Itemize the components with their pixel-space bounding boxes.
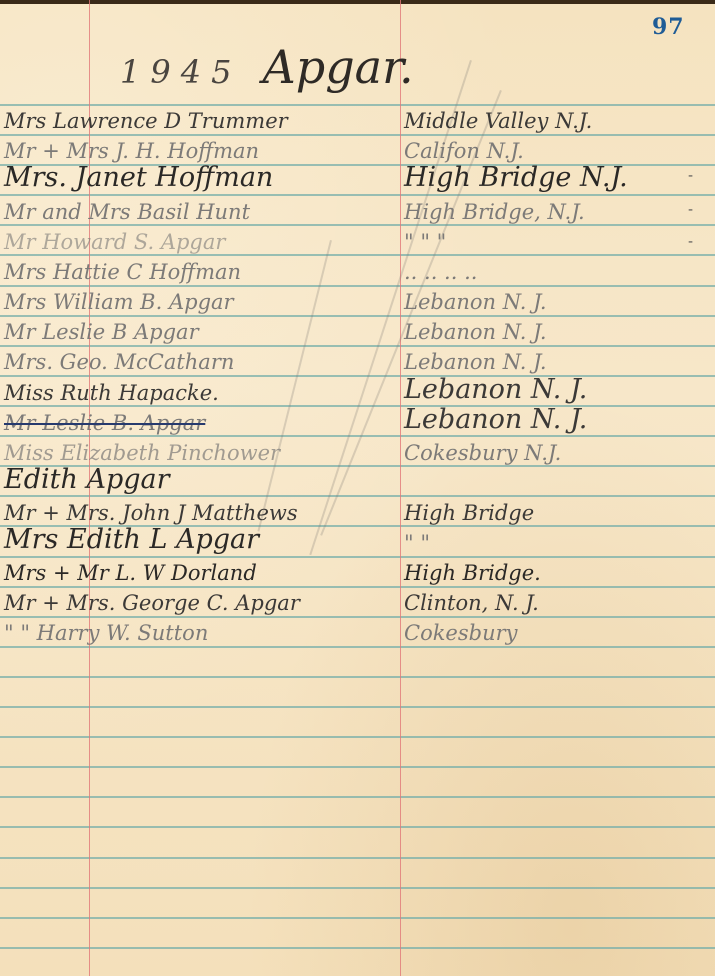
ruled-line	[0, 766, 715, 768]
entry-place: Middle Valley N.J.	[404, 109, 592, 133]
entry-place: Lebanon N. J.	[404, 290, 547, 314]
entry-place: Lebanon N. J.	[404, 404, 587, 435]
entry-place: Clinton, N. J.	[404, 591, 539, 615]
entry-place: Lebanon N. J.	[404, 374, 587, 405]
entry-name: Mr + Mrs. George C. Apgar	[4, 591, 300, 615]
entry-place: Lebanon N. J.	[404, 350, 547, 374]
register-entry: Mrs. Geo. McCatharn Lebanon N. J.	[0, 346, 715, 376]
margin-tick-mark: -	[688, 234, 693, 250]
entry-name: Mrs Hattie C Hoffman	[4, 260, 241, 284]
entry-name: Mrs + Mr L. W Dorland	[4, 561, 257, 585]
ruled-line	[0, 676, 715, 678]
register-entry: Mr + Mrs. John J Matthews High Bridge	[0, 497, 715, 527]
register-entry: Mr + Mrs. George C. Apgar Clinton, N. J.	[0, 587, 715, 617]
entry-name: Mr Howard S. Apgar	[4, 230, 225, 254]
register-entry: Mr Leslie B Apgar Lebanon N. J.	[0, 316, 715, 346]
ruled-line	[0, 887, 715, 889]
entry-place: High Bridge N.J.	[404, 162, 628, 193]
heading-title: Apgar.	[263, 40, 414, 94]
ruled-line	[0, 736, 715, 738]
entry-name: Mr Leslie B Apgar	[4, 320, 199, 344]
entry-place: High Bridge.	[404, 561, 541, 585]
register-entry: Miss Elizabeth Pinchower Cokesbury N.J.	[0, 437, 715, 467]
register-entry: Mrs. Janet Hoffman High Bridge N.J.	[0, 165, 715, 195]
entry-name: Mr Leslie B. Apgar	[4, 411, 205, 435]
entry-name: Mrs. Geo. McCatharn	[4, 350, 234, 374]
register-entry: Mr and Mrs Basil Hunt High Bridge, N.J.	[0, 196, 715, 226]
entry-name: Mrs Lawrence D Trummer	[4, 109, 288, 133]
margin-tick-mark: -	[688, 202, 693, 218]
ruled-line	[0, 796, 715, 798]
entry-name: " " Harry W. Sutton	[4, 621, 208, 645]
page-number: 97	[652, 14, 685, 40]
register-entry: Edith Apgar	[0, 467, 715, 497]
entry-name: Mrs Edith L Apgar	[4, 524, 259, 555]
page-top-edge	[0, 0, 715, 4]
entry-name: Mrs William B. Apgar	[4, 290, 234, 314]
register-entry: Mr + Mrs J. H. Hoffman Califon N.J.	[0, 135, 715, 165]
ruled-line	[0, 917, 715, 919]
entry-place: Lebanon N. J.	[404, 320, 547, 344]
register-entry-struck: Mr Leslie B. Apgar Lebanon N. J.	[0, 407, 715, 437]
entry-name: Mr and Mrs Basil Hunt	[4, 200, 250, 224]
ruled-line	[0, 706, 715, 708]
entry-name: Edith Apgar	[4, 464, 170, 495]
entry-place: Cokesbury N.J.	[404, 441, 561, 465]
ruled-line	[0, 857, 715, 859]
register-entry: Mr Howard S. Apgar " " "	[0, 226, 715, 256]
margin-tick-mark: -	[688, 168, 693, 184]
entry-place: .. .. .. ..	[404, 260, 477, 284]
ledger-page: 97 1945 Apgar. Mrs Lawrence D Trummer Mi…	[0, 0, 715, 976]
ruled-line	[0, 947, 715, 949]
page-heading: 1945 Apgar.	[120, 40, 414, 94]
entry-place: " " "	[404, 230, 446, 254]
entry-name: Mrs. Janet Hoffman	[4, 162, 273, 193]
entry-name: Mr + Mrs J. H. Hoffman	[4, 139, 259, 163]
register-entry: Mrs + Mr L. W Dorland High Bridge.	[0, 557, 715, 587]
entry-name: Miss Ruth Hapacke.	[4, 381, 219, 405]
register-entry: Mrs Hattie C Hoffman .. .. .. ..	[0, 256, 715, 286]
entry-place: Cokesbury	[404, 621, 518, 645]
register-entry: Mrs Edith L Apgar " "	[0, 527, 715, 557]
entry-place: High Bridge	[404, 501, 534, 525]
entry-name: Mr + Mrs. John J Matthews	[4, 501, 298, 525]
register-entry: Mrs Lawrence D Trummer Middle Valley N.J…	[0, 105, 715, 135]
entry-place: Califon N.J.	[404, 139, 524, 163]
entry-place: " "	[404, 531, 430, 555]
entry-name: Miss Elizabeth Pinchower	[4, 441, 280, 465]
heading-year: 1945	[120, 53, 241, 91]
register-entry: " " Harry W. Sutton Cokesbury	[0, 617, 715, 647]
register-entry: Miss Ruth Hapacke. Lebanon N. J.	[0, 377, 715, 407]
entry-place: High Bridge, N.J.	[404, 200, 585, 224]
ruled-line	[0, 826, 715, 828]
register-entry: Mrs William B. Apgar Lebanon N. J.	[0, 286, 715, 316]
